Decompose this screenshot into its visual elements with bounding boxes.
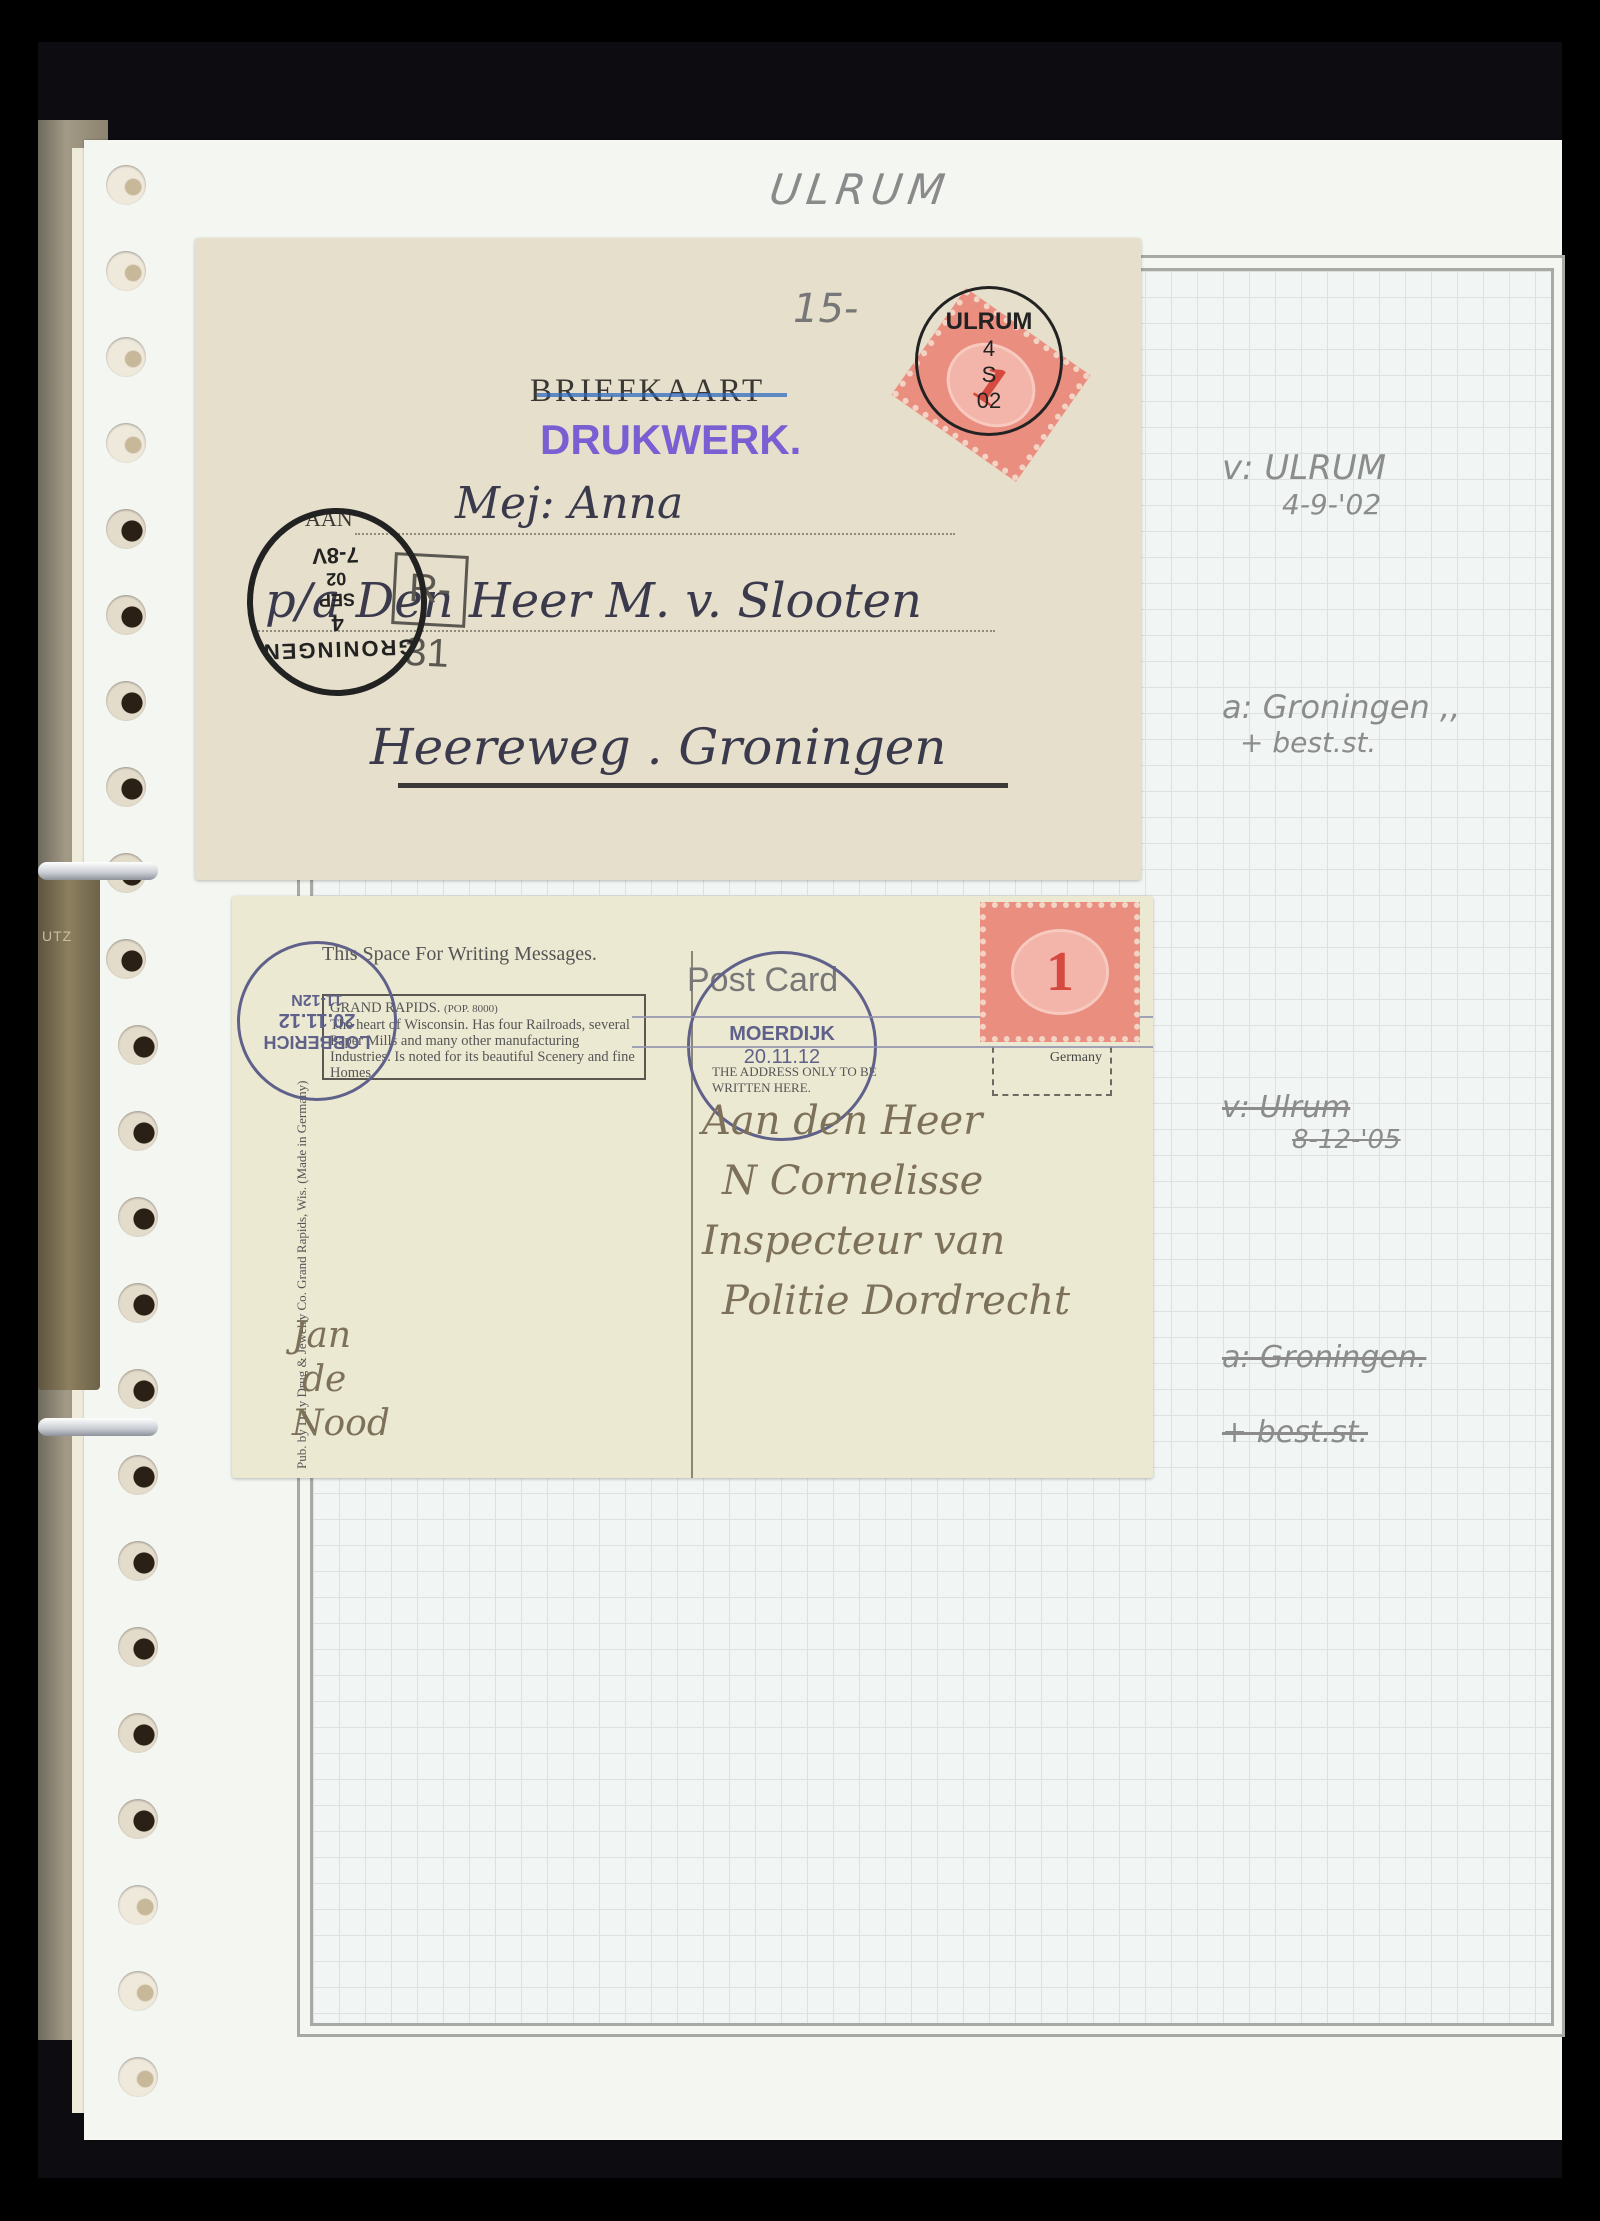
punch-hole — [118, 1541, 158, 1581]
postmark-lobberich-date: 20.11.12 — [264, 1008, 371, 1031]
annotation-destination-place: a: Groningen ,, — [1222, 688, 1460, 726]
description-population: (POP. 8000) — [444, 1003, 498, 1015]
printed-title: BRIEFKAART — [530, 373, 765, 410]
punch-hole — [106, 337, 146, 377]
punch-hole — [118, 1369, 158, 1409]
postmark-lobberich-time: 11-12N — [264, 990, 371, 1008]
sender-line-1: Jan — [292, 1314, 390, 1358]
punch-hole — [118, 1197, 158, 1237]
drukwerk-overprint: DRUKWERK. — [540, 416, 801, 464]
postmark-ulrum-year: 02 — [946, 388, 1033, 414]
punch-hole — [118, 1283, 158, 1323]
punch-hole — [106, 251, 146, 291]
cancel-bar-2 — [632, 1046, 1153, 1048]
pencil-price-note: 15- — [793, 286, 858, 332]
address-line-4: Politie Dordrecht — [722, 1271, 1070, 1331]
sender-signature: Jan de Nood — [292, 1314, 390, 1446]
annotation-origin: v: ULRUM 4-9-'02 — [1222, 448, 1386, 521]
address-line-3: Inspecteur van — [702, 1211, 1070, 1271]
punch-hole — [118, 1885, 158, 1925]
address-recipient: Mej: Anna — [455, 478, 683, 529]
annotation-origin-date: 4-9-'02 — [1282, 488, 1386, 521]
punch-hole — [106, 509, 146, 549]
stamp-value: 1 — [1011, 929, 1109, 1014]
punch-hole — [118, 1971, 158, 2011]
annotation-origin-place: v: ULRUM — [1222, 448, 1386, 488]
stamp-box: Germany — [992, 1036, 1112, 1096]
punch-hole — [106, 939, 146, 979]
postmark-moerdijk-date: 20.11.12 — [729, 1046, 835, 1069]
address-line-1: Aan den Heer — [702, 1091, 1070, 1151]
street-underline — [398, 783, 1008, 788]
stamp-nederland-1ct: 1 — [980, 902, 1140, 1042]
annotation-destination-2-place: a: Groningen. — [1222, 1340, 1426, 1375]
punch-hole — [118, 1455, 158, 1495]
punch-hole — [118, 2057, 158, 2097]
title-strikethrough — [537, 393, 787, 397]
punch-hole — [118, 1025, 158, 1065]
punch-hole — [118, 1713, 158, 1753]
postmark-groningen-time: 7-8V — [258, 539, 413, 570]
postmark-lobberich: LOBBERICH 20.11.12 11-12N — [237, 941, 397, 1101]
stamp-box-label: Germany — [1050, 1050, 1102, 1065]
address-line-2: N Cornelisse — [722, 1151, 1070, 1211]
postcard-grand-rapids: This Space For Writing Messages. GRAND R… — [232, 896, 1153, 1478]
annotation-destination-note: + best.st. — [1240, 726, 1460, 759]
postmark-ulrum-month: S — [946, 362, 1033, 388]
punch-hole — [106, 423, 146, 463]
address-block: Aan den Heer N Cornelisse Inspecteur van… — [702, 1091, 1070, 1331]
binder-label: UTZ — [42, 928, 72, 944]
postmark-moerdijk-town: MOERDIJK — [729, 1023, 835, 1046]
address-line-1 — [355, 533, 955, 535]
sender-line-3: Nood — [292, 1402, 390, 1446]
annotation-destination-2: a: Groningen. + best.st. — [1222, 1340, 1426, 1450]
annotation-origin-2: v: Ulrum 8-12-'05 — [1222, 1090, 1401, 1155]
annotation-origin-2-place: v: Ulrum — [1222, 1090, 1401, 1125]
postmark-groningen-town: GRONINGEN — [261, 633, 416, 664]
binder-ring-top — [38, 862, 158, 880]
page-heading: ULRUM — [767, 165, 954, 214]
postmark-ulrum-town: ULRUM — [946, 308, 1033, 336]
punch-hole — [106, 681, 146, 721]
postmark-lobberich-town: LOBBERICH — [264, 1031, 371, 1052]
punch-hole — [106, 595, 146, 635]
postmark-ulrum-day: 4 — [946, 336, 1033, 362]
punch-hole — [118, 1111, 158, 1151]
punch-hole — [106, 165, 146, 205]
binder-mechanism — [38, 870, 100, 1390]
punch-hole — [106, 767, 146, 807]
annotation-origin-2-date: 8-12-'05 — [1292, 1125, 1401, 1155]
punch-hole — [118, 1627, 158, 1667]
annotation-destination: a: Groningen ,, + best.st. — [1222, 688, 1460, 759]
annotation-destination-2-note: + best.st. — [1222, 1415, 1426, 1450]
postcard-briefkaart: 15- BRIEFKAART DRUKWERK. AAN Mej: Anna p… — [195, 238, 1141, 880]
punch-hole — [118, 1799, 158, 1839]
address-street-city: Heereweg . Groningen — [370, 718, 947, 776]
sender-line-2: de — [302, 1358, 390, 1402]
binder-ring-bottom — [38, 1418, 158, 1436]
postmark-ulrum: ULRUM 4 S 02 — [915, 286, 1063, 436]
